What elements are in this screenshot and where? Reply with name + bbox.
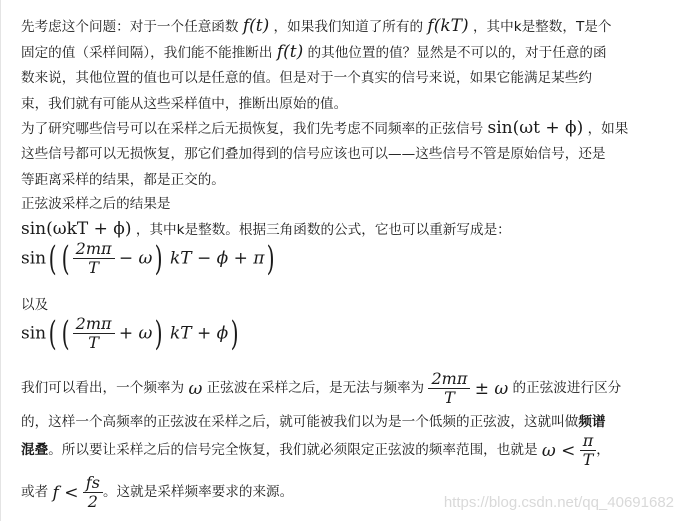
text: 的，这样一个高频率的正弦波在采样之后，就可能被我们以为是一个低频的正弦波，这就叫… — [21, 414, 578, 430]
math-tail: kT − ϕ + π — [170, 248, 265, 268]
p1-line1: 先考虑这个问题：对于一个任意函数 f(t) ，如果我们知道了所有的 f(kT) … — [21, 14, 611, 39]
formula-2: sin((2mπT + ω) kT + ϕ) — [21, 315, 242, 353]
also-label: 以及 — [21, 293, 48, 317]
fraction: 2mπT — [73, 315, 115, 353]
math-func: sin — [21, 248, 46, 268]
p2-line2: 这些信号都可以无损恢复，那它们叠加得到的信号应该也可以——这些信号不管是原始信号… — [21, 142, 606, 166]
p3-line1: 正弦波采样之后的结果是 — [21, 192, 171, 216]
text: 。这就是采样频率要求的来源。 — [103, 484, 293, 500]
numerator: 2mπ — [73, 240, 115, 259]
p1-line3: 数来说，其他位置的值也可以是任意的值。但是对于一个真实的信号来说，如果它能满足某… — [21, 66, 592, 90]
text: ，其中k是整数，T是个 — [473, 19, 612, 35]
math-sin-wt-phi: sin(ωt + ϕ) — [488, 118, 584, 138]
text: 的正弦波进行区分 — [513, 380, 622, 396]
denominator: T — [580, 451, 597, 469]
math-f-t: f(t) — [243, 16, 269, 36]
bold-term: 频谱 — [578, 414, 605, 430]
p2-line1: 为了研究哪些信号可以在采样之后无损恢复，我们先考虑不同频率的正弦信号 sin(ω… — [21, 116, 628, 141]
text: ，其中k是整数。根据三角函数的公式，它也可以重新写成是： — [136, 222, 511, 238]
text: ，如果 — [588, 121, 629, 137]
math-f-kT: f(kT) — [427, 16, 468, 36]
text: ，如果我们知道了所有的 — [274, 19, 424, 35]
p2-line3: 等距离采样的结果，都是正交的。 — [21, 168, 225, 192]
fraction: πT — [580, 432, 597, 470]
text: 或者 — [21, 484, 48, 500]
watermark: https://blog.csdn.net/qq_40691682 — [444, 494, 674, 511]
text: 的其他位置的值？显然是不可以的，对于任意的函 — [308, 45, 607, 61]
math-f-t: f(t) — [277, 42, 303, 62]
text: 为了研究哪些信号可以在采样之后无损恢复，我们先考虑不同频率的正弦信号 — [21, 121, 483, 137]
p4-line1: 我们可以看出，一个频率为 ω 正弦波在采样之后，是无法与频率为 2mπT ± ω… — [21, 370, 621, 408]
p1-line2: 固定的值（采样间隔），我们能不能推断出 f(t) 的其他位置的值？显然是不可以的… — [21, 40, 607, 65]
math-omega-lt: ω < — [542, 441, 576, 461]
bold-term: 混叠 — [21, 442, 48, 458]
p4-line2: 的，这样一个高频率的正弦波在采样之后，就可能被我们以为是一个低频的正弦波，这就叫… — [21, 410, 606, 434]
math-op: − ω — [119, 248, 153, 268]
math-omega: ω — [188, 379, 202, 399]
math-f-lt: f < — [53, 483, 79, 503]
math-op: + ω — [119, 323, 153, 343]
math-tail: kT + ϕ — [170, 323, 228, 343]
text: 正弦波在采样之后，是无法与频率为 — [207, 380, 425, 396]
p1-line4: 束，我们就有可能从这些采样值中，推断出原始的值。 — [21, 92, 347, 116]
fraction: 2mπT — [73, 240, 115, 278]
text: ， — [596, 442, 610, 458]
denominator: T — [73, 334, 115, 352]
math-pm-omega: ± ω — [475, 379, 509, 399]
numerator: 2mπ — [73, 315, 115, 334]
article-page: 先考虑这个问题：对于一个任意函数 f(t) ，如果我们知道了所有的 f(kT) … — [0, 0, 682, 521]
numerator: π — [580, 432, 597, 451]
text: 我们可以看出，一个频率为 — [21, 380, 184, 396]
text: 。所以要让采样之后的信号完全恢复，我们就必须限定正弦波的频率范围，也就是 — [48, 442, 537, 458]
denominator: T — [428, 389, 470, 407]
p4-line3: 混叠。所以要让采样之后的信号完全恢复，我们就必须限定正弦波的频率范围，也就是 ω… — [21, 432, 610, 470]
p4-line4: 或者 f < fs2。这就是采样频率要求的来源。 — [21, 474, 293, 512]
math-sin-wkT-phi: sin(ωkT + ϕ) — [21, 219, 132, 239]
text: 先考虑这个问题：对于一个任意函数 — [21, 19, 239, 35]
numerator: 2mπ — [428, 370, 470, 389]
numerator: fs — [83, 474, 103, 493]
denominator: 2 — [83, 493, 103, 511]
denominator: T — [73, 259, 115, 277]
math-func: sin — [21, 323, 46, 343]
formula-1: sin((2mπT − ω) kT − ϕ + π) — [21, 240, 278, 278]
fraction: 2mπT — [428, 370, 470, 408]
text: 固定的值（采样间隔），我们能不能推断出 — [21, 45, 272, 61]
fraction: fs2 — [83, 474, 103, 512]
